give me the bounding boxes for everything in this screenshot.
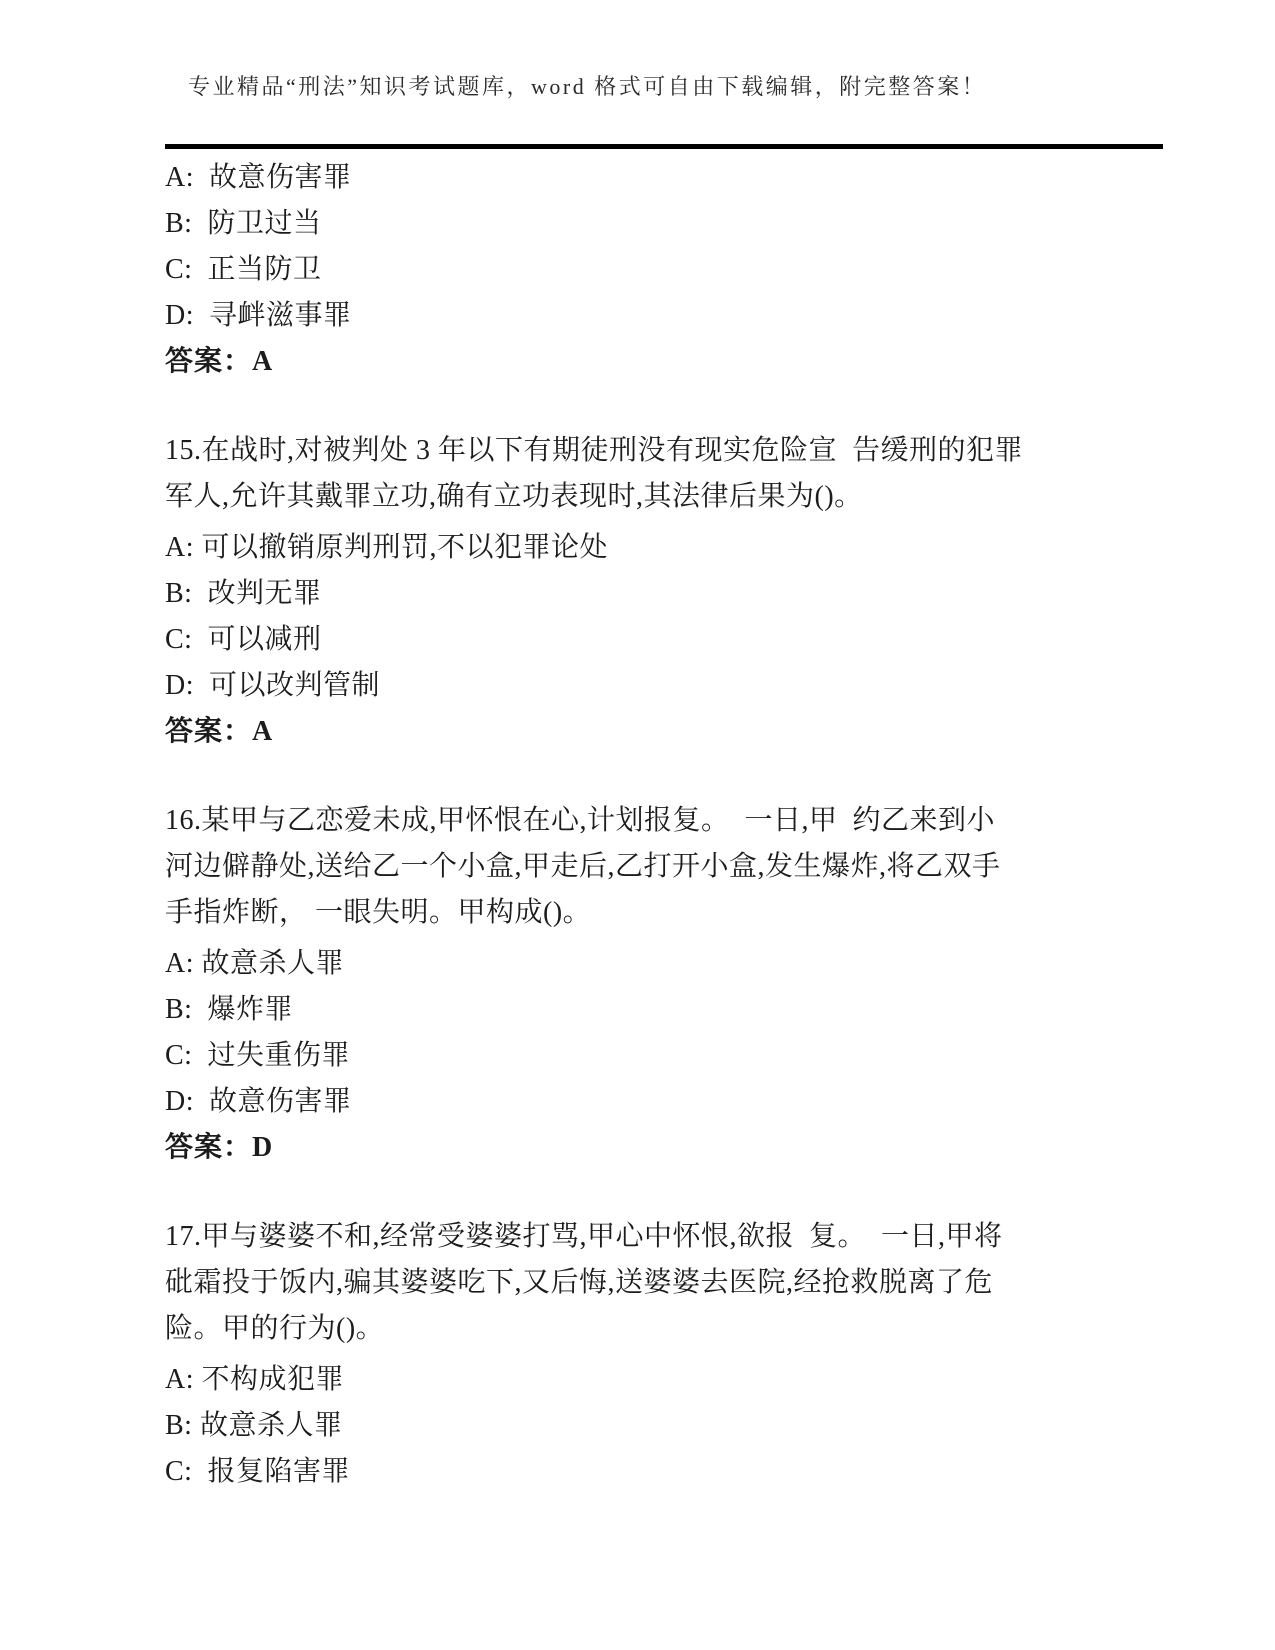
- stem-line: 险。甲的行为()。: [165, 1306, 1170, 1352]
- option-line-a: A: 不构成犯罪: [165, 1357, 1170, 1403]
- question-block-16: 16.某甲与乙恋爱未成,甲怀恨在心,计划报复。 一日,甲 约乙来到小 河边僻静处…: [165, 798, 1170, 1171]
- stem-line: 军人,允许其戴罪立功,确有立功表现时,其法律后果为()。: [165, 474, 1170, 520]
- page-header-text: 专业精品“刑法”知识考试题库，word 格式可自由下载编辑，附完整答案！: [188, 70, 986, 101]
- stem-line: 15.在战时,对被判处 3 年以下有期徒刑没有现实危险宣 告缓刑的犯罪: [165, 428, 1170, 474]
- option-line-d: D: 寻衅滋事罪: [165, 293, 1170, 339]
- option-line-c: C: 正当防卫: [165, 247, 1170, 293]
- answer-line: 答案：A: [165, 709, 1170, 755]
- option-line-c: C: 报复陷害罪: [165, 1449, 1170, 1495]
- option-line-c: C: 可以减刑: [165, 617, 1170, 663]
- option-line-b: B: 防卫过当: [165, 201, 1170, 247]
- option-line-c: C: 过失重伤罪: [165, 1033, 1170, 1079]
- document-page: { "header": { "text": "专业精品“刑法”知识考试题库，wo…: [0, 0, 1275, 1650]
- header-rule: [165, 144, 1163, 149]
- option-line-a: A: 故意杀人罪: [165, 941, 1170, 987]
- question-block-17: 17.甲与婆婆不和,经常受婆婆打骂,甲心中怀恨,欲报 复。 一日,甲将 砒霜投于…: [165, 1214, 1170, 1495]
- stem-line: 手指炸断， 一眼失明。甲构成()。: [165, 890, 1170, 936]
- stem-line: 16.某甲与乙恋爱未成,甲怀恨在心,计划报复。 一日,甲 约乙来到小: [165, 798, 1170, 844]
- option-line-b: B: 故意杀人罪: [165, 1403, 1170, 1449]
- document-body: A: 故意伤害罪 B: 防卫过当 C: 正当防卫 D: 寻衅滋事罪 答案：A 1…: [165, 155, 1170, 1495]
- option-line-b: B: 爆炸罪: [165, 987, 1170, 1033]
- option-line-d: D: 可以改判管制: [165, 663, 1170, 709]
- stem-line: 河边僻静处,送给乙一个小盒,甲走后,乙打开小盒,发生爆炸,将乙双手: [165, 844, 1170, 890]
- answer-line: 答案：D: [165, 1125, 1170, 1171]
- option-line-a: A: 可以撤销原判刑罚,不以犯罪论处: [165, 525, 1170, 571]
- answer-line: 答案：A: [165, 339, 1170, 385]
- stem-line: 砒霜投于饭内,骗其婆婆吃下,又后悔,送婆婆去医院,经抢救脱离了危: [165, 1260, 1170, 1306]
- question-block-14: A: 故意伤害罪 B: 防卫过当 C: 正当防卫 D: 寻衅滋事罪 答案：A: [165, 155, 1170, 385]
- option-line-b: B: 改判无罪: [165, 571, 1170, 617]
- option-line-d: D: 故意伤害罪: [165, 1079, 1170, 1125]
- question-block-15: 15.在战时,对被判处 3 年以下有期徒刑没有现实危险宣 告缓刑的犯罪 军人,允…: [165, 428, 1170, 755]
- option-line-a: A: 故意伤害罪: [165, 155, 1170, 201]
- stem-line: 17.甲与婆婆不和,经常受婆婆打骂,甲心中怀恨,欲报 复。 一日,甲将: [165, 1214, 1170, 1260]
